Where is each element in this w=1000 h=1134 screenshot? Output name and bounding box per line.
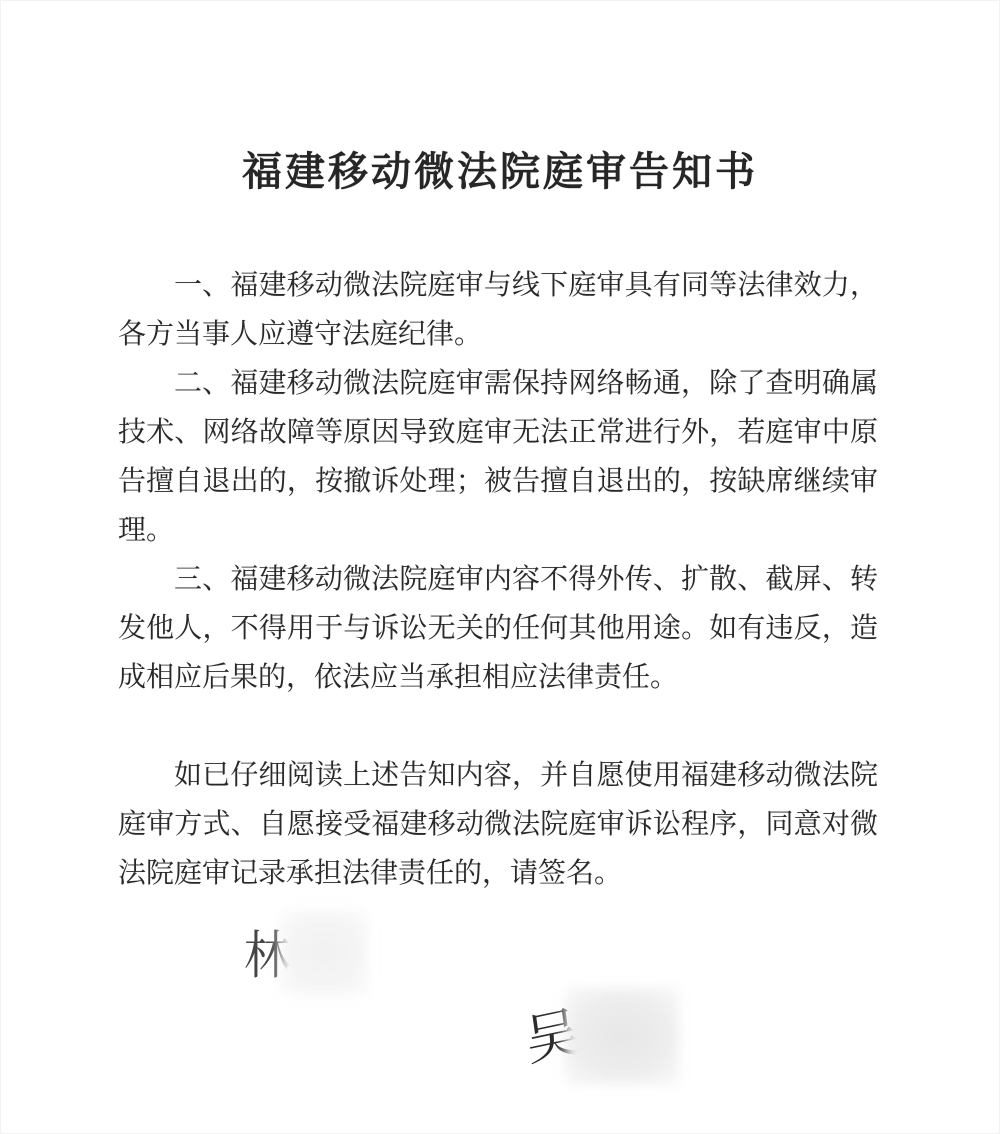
paragraph-3: 三、福建移动微法院庭审内容不得外传、扩散、截屏、转发他人，不得用于与诉讼无关的任…: [118, 555, 878, 702]
paragraph-1: 一、福建移动微法院庭审与线下庭审具有同等法律效力，各方当事人应遵守法庭纪律。: [118, 261, 878, 359]
paragraph-consent: 如已仔细阅读上述告知内容，并自愿使用福建移动微法院庭审方式、自愿接受福建移动微法…: [118, 751, 878, 898]
paragraph-2: 二、福建移动微法院庭审需保持网络畅通，除了查明确属技术、网络故障等原因导致庭审无…: [118, 359, 878, 555]
signature-2-redaction-box: [565, 988, 679, 1084]
document-page: 福建移动微法院庭审告知书 一、福建移动微法院庭审与线下庭审具有同等法律效力，各方…: [0, 0, 1000, 1134]
signature-1-redaction-box: [280, 910, 368, 996]
document-body: 一、福建移动微法院庭审与线下庭审具有同等法律效力，各方当事人应遵守法庭纪律。 二…: [118, 261, 878, 898]
document-title: 福建移动微法院庭审告知书: [0, 140, 1000, 197]
